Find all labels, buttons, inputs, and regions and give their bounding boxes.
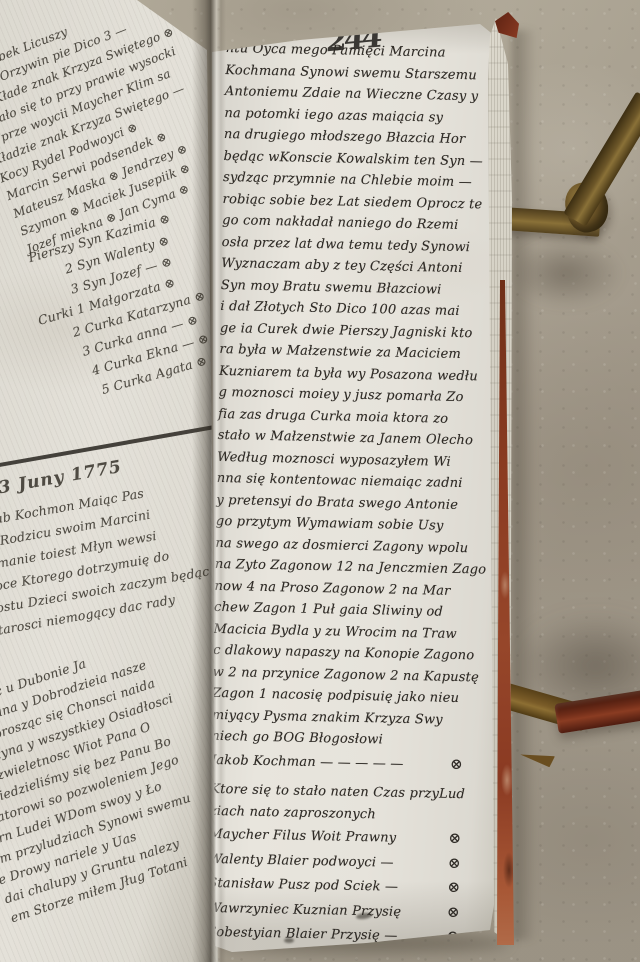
witness-name: Stanisław Pusz pod Sciek — (208, 873, 398, 899)
signature-cross-mark: ⊗ (450, 753, 463, 775)
witness-name: Wawrzyniec Kuznian Przysię (208, 897, 402, 924)
witness-cross-mark: ⊗ (447, 900, 460, 923)
book-gutter (192, 0, 226, 962)
witness-name: Sobestyian Blaier Przysię — (207, 922, 398, 948)
witness-cross-mark: ⊗ (446, 925, 459, 948)
witness-cross-mark: ⊗ (448, 851, 461, 874)
signature-row: Jakob Kochman — — — — — ⊗ (211, 748, 463, 776)
witness-row: Maycher Filus Woit Prawny ⊗ (209, 822, 461, 852)
ink-smudge (284, 938, 294, 943)
open-book: ni dziobek Licuszyrokm Orzywin pie Dico … (0, 0, 640, 962)
witness-name: Maycher Filus Woit Prawny (209, 824, 396, 850)
witness-row: Stanisław Pusz pod Sciek — ⊗ (208, 871, 460, 901)
witness-row: Wawrzyniec Kuznian Przysię ⊗ (208, 895, 460, 925)
right-page-text: ntu Oyca mego Pamięci MarcinaKochmana Sy… (207, 38, 488, 950)
photo-scene: ni dziobek Licuszyrokm Orzywin pie Dico … (0, 0, 640, 962)
witness-cross-mark: ⊗ (448, 827, 461, 850)
witness-cross-mark: ⊗ (447, 876, 460, 899)
witness-row: Sobestyian Blaier Przysię — ⊗ (207, 920, 459, 950)
left-page: ni dziobek Licuszyrokm Orzywin pie Dico … (0, 0, 218, 962)
signature-name: Jakob Kochman — — — — — (211, 749, 404, 775)
witness-name: Walenty Blaier podwoyci — (209, 848, 394, 874)
right-page: 244 ntu Oyca mego Pamięci MarcinaKochman… (206, 16, 506, 956)
witness-row: Walenty Blaier podwoyci — ⊗ (209, 846, 461, 876)
